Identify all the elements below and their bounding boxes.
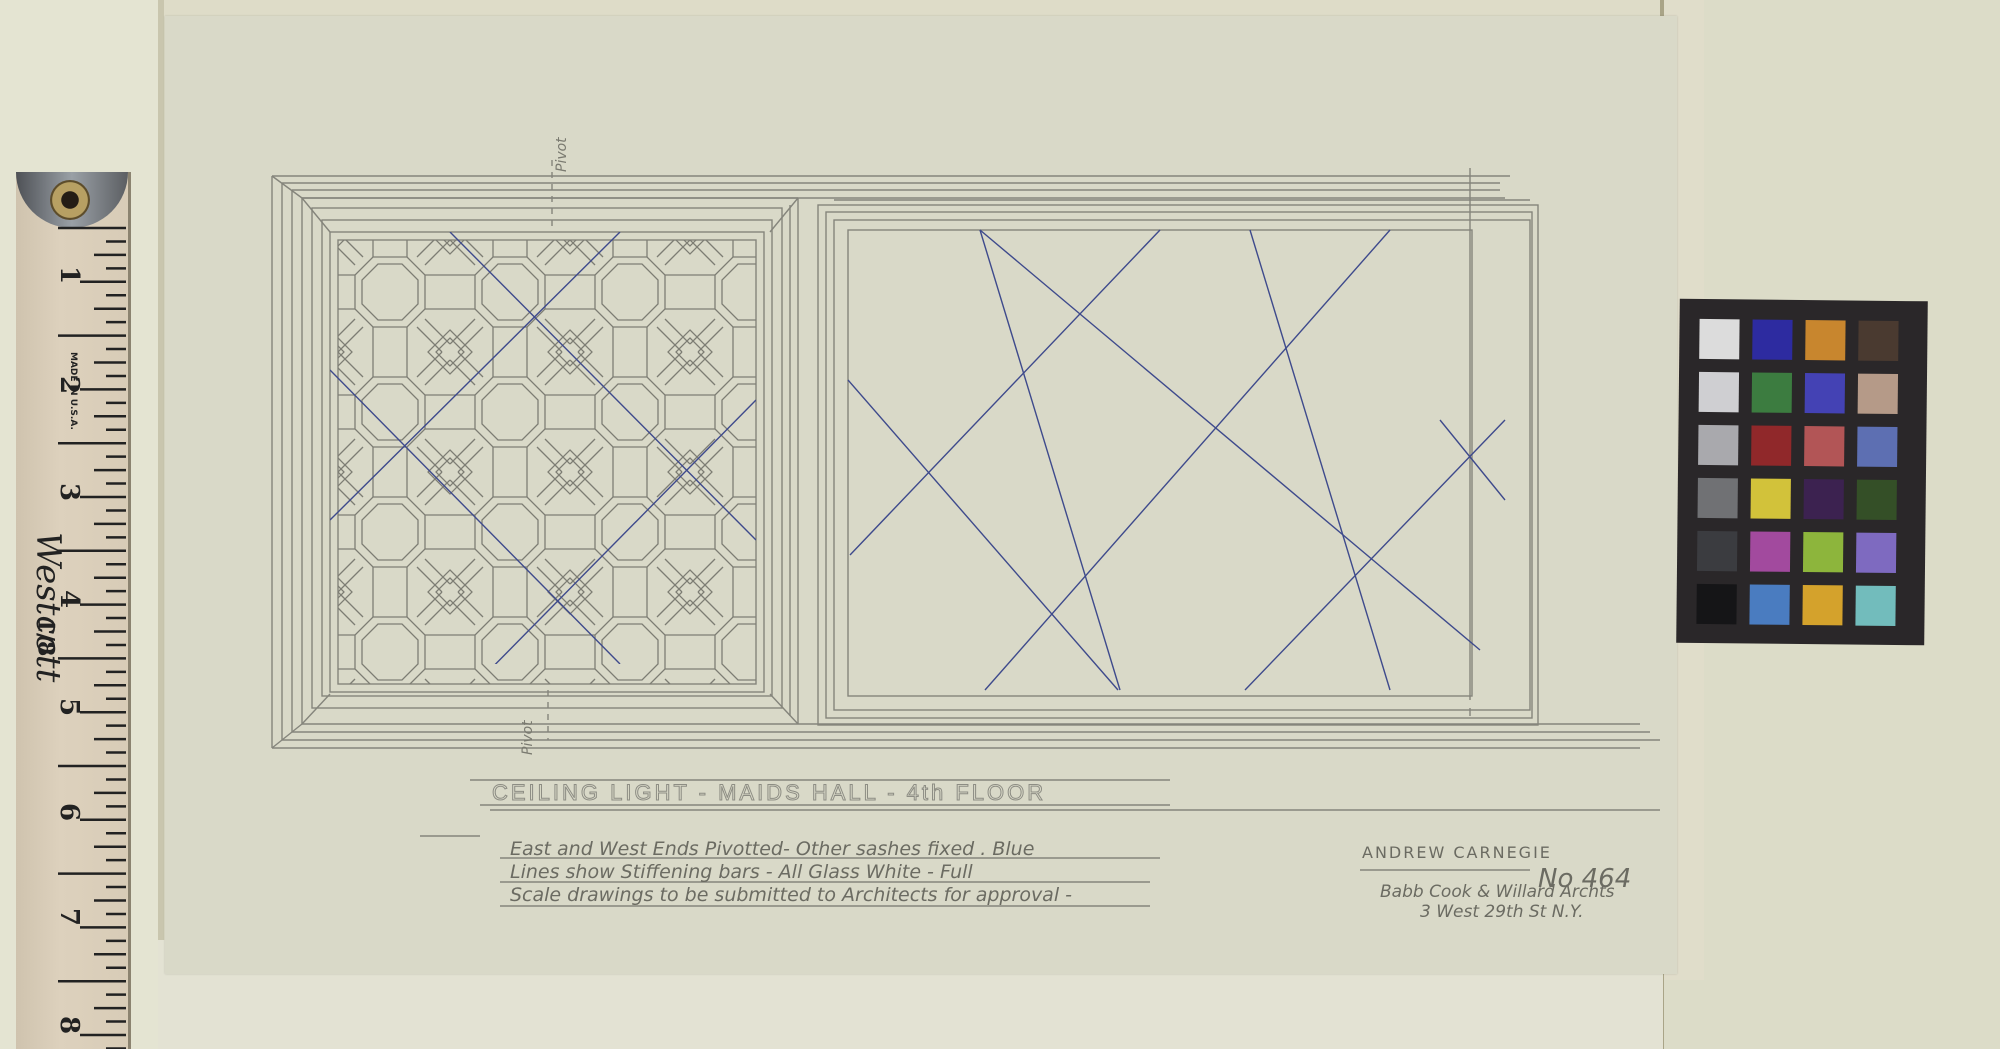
color-patch [1804, 479, 1844, 519]
color-patch [1699, 372, 1739, 412]
color-patch [1698, 478, 1738, 518]
inch-mark-3: 3 [54, 483, 84, 501]
color-patch [1751, 478, 1791, 518]
note-line: Scale drawings to be submitted to Archit… [510, 884, 1210, 907]
color-patch [1750, 531, 1790, 571]
color-patch [1697, 531, 1737, 571]
pivot-label-top: Pivot [554, 137, 570, 172]
drawing-notes: East and West Ends Pivotted- Other sashe… [510, 838, 1210, 907]
drawing-title: CEILING LIGHT - MAIDS HALL - 4th FLOOR [492, 780, 1046, 806]
inch-mark-5: 5 [54, 698, 84, 716]
pivot-label-bottom: Pivot [520, 720, 536, 755]
inch-mark-1: 1 [54, 266, 84, 284]
color-patch [1804, 426, 1844, 466]
architect-address: 3 West 29th St N.Y. [1380, 902, 1615, 922]
note-line: East and West Ends Pivotted- Other sashe… [510, 838, 1210, 861]
color-patch [1803, 532, 1843, 572]
color-patch [1751, 425, 1791, 465]
color-patch [1802, 585, 1842, 625]
color-patch [1858, 374, 1898, 414]
color-patch [1696, 584, 1736, 624]
color-patch [1752, 319, 1792, 359]
color-patch [1857, 427, 1897, 467]
blue-stiffening-bars-right [848, 230, 1505, 690]
color-patch [1858, 321, 1898, 361]
inch-mark-6: 6 [54, 803, 84, 821]
color-patch [1805, 373, 1845, 413]
color-patch [1698, 425, 1738, 465]
color-patch [1856, 533, 1896, 573]
color-patch [1699, 319, 1739, 359]
ruler-made-in: MADE IN U.S.A. [68, 352, 78, 430]
color-patch [1752, 372, 1792, 412]
architect-credit: Babb Cook & Willard Archts 3 West 29th S… [1380, 882, 1615, 922]
leaded-glass-lattice-pattern [338, 240, 756, 684]
color-patch [1855, 586, 1895, 626]
architect-firm: Babb Cook & Willard Archts [1380, 882, 1615, 902]
color-calibration-card [1676, 299, 1928, 646]
contractor-name: ANDREW CARNEGIE [1362, 843, 1552, 862]
note-line: Lines show Stiffening bars - All Glass W… [510, 861, 1210, 884]
inch-mark-7: 7 [54, 908, 84, 926]
inch-mark-8: 8 [54, 1016, 84, 1034]
color-patch [1749, 584, 1789, 624]
measuring-ruler: 1 2 3 4 5 6 7 8 Westcott MADE IN U.S.A. … [16, 172, 131, 1049]
color-patch [1805, 320, 1845, 360]
ruler-brand: Westcott [28, 532, 68, 682]
color-patch [1857, 480, 1897, 520]
ruler-fraction: 1/8 [32, 618, 58, 657]
